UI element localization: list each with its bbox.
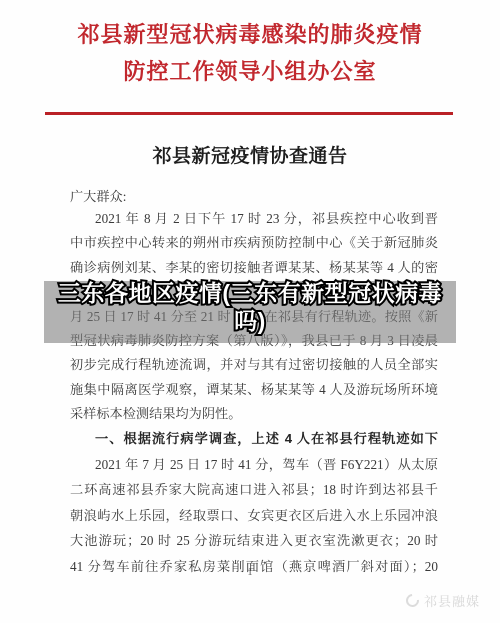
letterhead-line2: 防控工作领导小组办公室 — [0, 53, 500, 90]
headline-overlay-line1: 三东各地区疫情(三东有新型冠状病毒 — [0, 279, 500, 307]
document-line: 初步完成行程轨迹流调，并对与其有过密切接触的人员全部实 — [70, 353, 438, 377]
document-line: 二环高速祁县乔家大院高速口进入祁县；18 时许到达祁县千 — [70, 477, 438, 502]
document-line: 朝浪屿水上乐园，经取票口、女宾更衣区后进入水上乐园冲浪 — [70, 503, 438, 528]
notice-document-page: 祁县新型冠状病毒感染的肺炎疫情 防控工作领导小组办公室 祁县新冠疫情协查通告 广… — [0, 0, 500, 623]
headline-overlay-line2: 吗) — [0, 307, 500, 335]
salutation: 广大群众: — [70, 186, 126, 205]
letterhead-line1: 祁县新型冠状病毒感染的肺炎疫情 — [0, 16, 500, 53]
document-line: 2021 年 7 月 25 日 17 时 41 分，驾车（晋 F6Y221）从太… — [70, 452, 438, 477]
media-watermark: 祁县融媒 — [406, 591, 480, 610]
paragraph-2: 2021 年 7 月 25 日 17 时 41 分，驾车（晋 F6Y221）从太… — [70, 452, 438, 579]
media-watermark-label: 祁县融媒 — [424, 591, 480, 610]
document-line: 中市疾控中心转来的朔州市疾病预防控制中心《关于新冠肺炎 — [70, 231, 438, 255]
section-heading: 一、根据流行病学调查，上述 4 人在祁县行程轨迹如下 — [70, 426, 438, 451]
document-line: 2021 年 8 月 2 日下午 17 时 23 分，祁县疾控中心收到晋 — [70, 207, 438, 231]
document-line: 大池游玩；20 时 25 分游玩结束进入更衣室洗漱更衣；20 时 — [70, 528, 438, 553]
stamped-headline-overlay: 三东各地区疫情(三东有新型冠状病毒 吗) — [0, 279, 500, 335]
notice-title: 祁县新冠疫情协查通告 — [0, 141, 500, 168]
page-number: 1 — [0, 567, 500, 578]
issuing-office-letterhead: 祁县新型冠状病毒感染的肺炎疫情 防控工作领导小组办公室 — [0, 16, 500, 90]
letterhead-divider-rule — [45, 112, 453, 115]
document-line: 确诊病例刘某、李某的密切接触者谭某某、杨某某等 4 人的密 — [70, 256, 438, 280]
document-line: 采样标本检测结果均为阴性。 — [70, 402, 438, 426]
qixian-media-logo-icon — [403, 591, 421, 609]
document-line: 施集中隔离医学观察，谭某某、杨某某等 4 人及游玩场所环境 — [70, 378, 438, 402]
